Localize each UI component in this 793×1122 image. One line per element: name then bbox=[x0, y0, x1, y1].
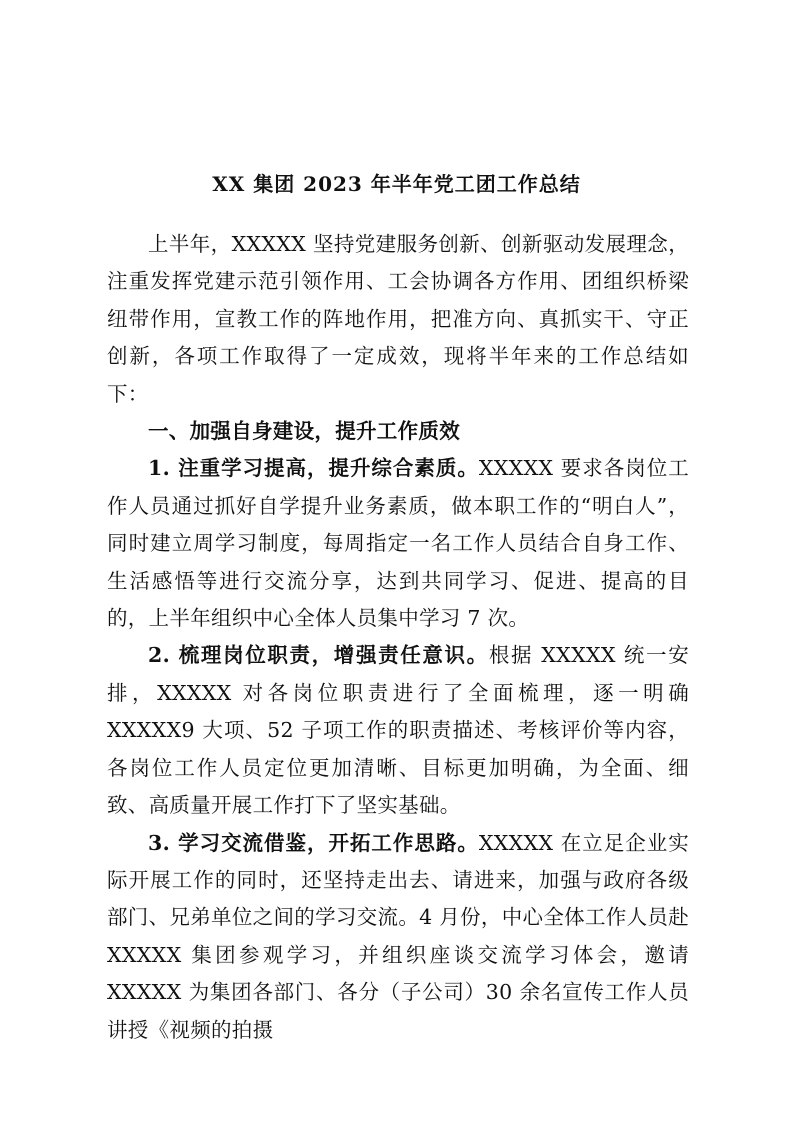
intro-paragraph: 上半年，XXXXX 坚持党建服务创新、创新驱动发展理念，注重发挥党建示范引领作用… bbox=[107, 226, 689, 413]
item-lead: 2. 梳理岗位职责，增强责任意识。 bbox=[148, 643, 489, 667]
document-title: XX 集团 2023 年半年党工团工作总结 bbox=[0, 170, 793, 198]
item-paragraph-2: 2. 梳理岗位职责，增强责任意识。根据 XXXXX 统一安排，XXXXX 对各岗… bbox=[107, 637, 689, 824]
item-lead: 1. 注重学习提高，提升综合素质。 bbox=[148, 456, 479, 480]
item-text: 根据 XXXXX 统一安排，XXXXX 对各岗位职责进行了全面梳理，逐一明确 X… bbox=[107, 643, 689, 817]
item-text: XXXXX 在立足企业实际开展工作的同时，还坚持走出去、请进来，加强与政府各级部… bbox=[107, 831, 689, 1042]
item-paragraph-1: 1. 注重学习提高，提升综合素质。XXXXX 要求各岗位工作人员通过抓好自学提升… bbox=[107, 450, 689, 637]
document-body: 上半年，XXXXX 坚持党建服务创新、创新驱动发展理念，注重发挥党建示范引领作用… bbox=[107, 226, 689, 1049]
item-lead: 3. 学习交流借鉴，开拓工作思路。 bbox=[148, 831, 479, 855]
section-heading: 一、加强自身建设，提升工作质效 bbox=[107, 413, 689, 450]
item-paragraph-3: 3. 学习交流借鉴，开拓工作思路。XXXXX 在立足企业实际开展工作的同时，还坚… bbox=[107, 825, 689, 1049]
document-page: XX 集团 2023 年半年党工团工作总结 上半年，XXXXX 坚持党建服务创新… bbox=[0, 0, 793, 1122]
item-text: XXXXX 要求各岗位工作人员通过抓好自学提升业务素质，做本职工作的“明白人”，… bbox=[107, 456, 689, 630]
